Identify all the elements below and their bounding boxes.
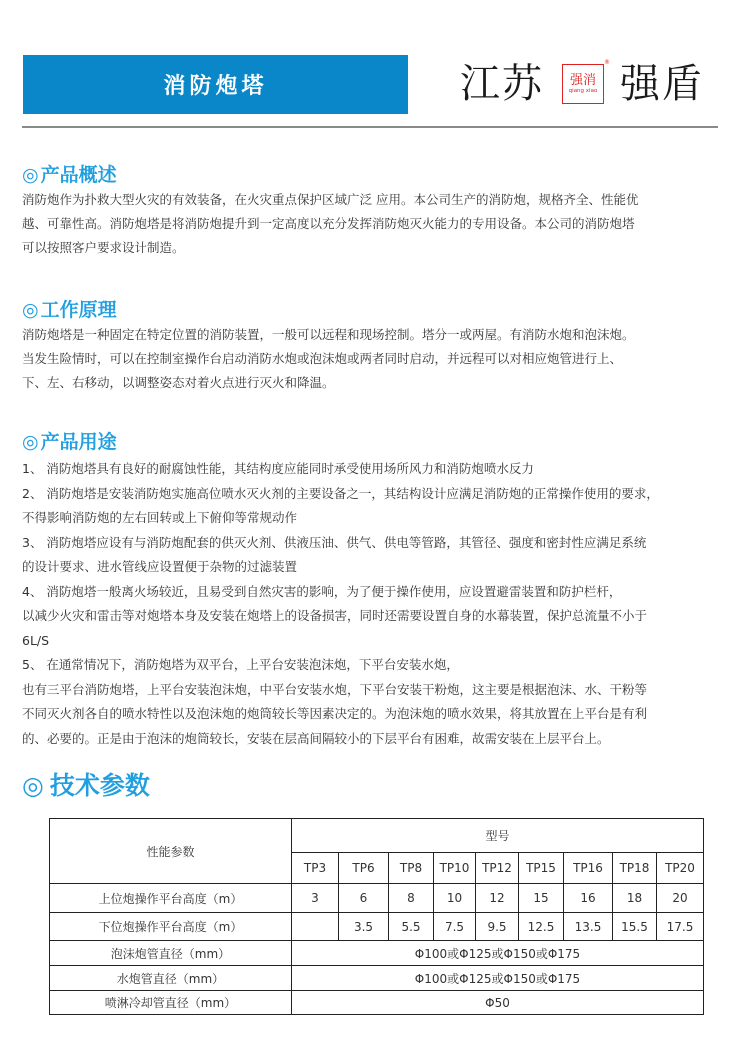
list-item: 3、 消防炮塔应设有与消防炮配套的供灭火剂、供液压油、供气、供电等管路，其管径、… [22,531,730,556]
logo-chinese: 强消 [570,74,596,88]
value-cell: Φ100或Φ125或Φ150或Φ175 [292,966,704,991]
model-cell: TP6 [339,853,389,884]
table-row: 水炮管直径（mm） Φ100或Φ125或Φ150或Φ175 [50,966,704,991]
value-cell: 12.5 [519,913,564,941]
value-cell: Φ50 [292,991,704,1015]
value-cell: 5.5 [389,913,434,941]
value-cell: 12 [476,884,519,913]
registered-mark-icon: ® [604,59,610,66]
table-row: 泡沫炮管直径（mm） Φ100或Φ125或Φ150或Φ175 [50,941,704,966]
row-label: 下位炮操作平台高度（m） [50,913,292,941]
bullseye-icon: ◎ [22,771,44,800]
list-item: 也有三平台消防炮塔，上平台安装泡沫炮，中平台安装水炮，下平台安装干粉炮，这主要是… [22,678,730,703]
row-label: 上位炮操作平台高度（m） [50,884,292,913]
value-cell: 15.5 [613,913,657,941]
model-cell: TP18 [613,853,657,884]
value-cell [292,913,339,941]
list-item: 不同灭火剂各自的喷水特性以及泡沫炮的炮筒较长等因素决定的。为泡沫炮的喷水效果，将… [22,702,730,727]
value-cell: 15 [519,884,564,913]
brand-name: 强盾 [620,64,704,104]
row-label: 水炮管直径（mm） [50,966,292,991]
text-line: 消防炮塔是一种固定在特定位置的消防装置，一般可以远程和现场控制。塔分一或两屋。有… [22,323,730,347]
section-title-text: 产品概述 [41,164,117,186]
list-item: 的设计要求、进水管线应设置便于杂物的过滤装置 [22,555,730,580]
table-row: 下位炮操作平台高度（m） 3.5 5.5 7.5 9.5 12.5 13.5 1… [50,913,704,941]
value-cell: 20 [657,884,704,913]
list-item: 5、 在通常情况下，消防炮塔为双平台，上平台安装泡沫炮，下平台安装水炮， [22,653,730,678]
model-cell: TP8 [389,853,434,884]
model-cell: TP20 [657,853,704,884]
model-cell: TP3 [292,853,339,884]
param-header: 性能参数 [50,819,292,884]
brand-region: 江苏 [460,64,544,104]
list-item: 1、 消防炮塔具有良好的耐腐蚀性能，其结构度应能同时承受使用场所风力和消防炮喷水… [22,457,730,482]
value-cell: 16 [564,884,613,913]
list-item: 不得影响消防炮的左右回转或上下俯仰等常规动作 [22,506,730,531]
row-label: 喷淋冷却管直径（mm） [50,991,292,1015]
value-cell: 18 [613,884,657,913]
model-cell: TP16 [564,853,613,884]
value-cell: 9.5 [476,913,519,941]
value-cell: 3.5 [339,913,389,941]
section-title-overview: ◎产品概述 [22,160,117,187]
list-item: 6L/S [22,629,730,654]
value-cell: 3 [292,884,339,913]
model-cell: TP15 [519,853,564,884]
text-line: 可以按照客户要求设计制造。 [22,236,730,260]
value-cell: 10 [434,884,476,913]
table-row: 上位炮操作平台高度（m） 3 6 8 10 12 15 16 18 20 [50,884,704,913]
overview-paragraph: 消防炮作为扑救大型火灾的有效装备，在火灾重点保护区域广泛 应用。本公司生产的消防… [22,188,730,260]
principle-paragraph: 消防炮塔是一种固定在特定位置的消防装置，一般可以远程和现场控制。塔分一或两屋。有… [22,323,730,395]
usage-list: 1、 消防炮塔具有良好的耐腐蚀性能，其结构度应能同时承受使用场所风力和消防炮喷水… [22,457,730,751]
bullseye-icon: ◎ [22,299,39,321]
value-cell: 7.5 [434,913,476,941]
value-cell: Φ100或Φ125或Φ150或Φ175 [292,941,704,966]
value-cell: 8 [389,884,434,913]
section-title-specs: ◎技术参数 [22,766,150,802]
section-title-usage: ◎产品用途 [22,427,117,454]
text-line: 消防炮作为扑救大型火灾的有效装备，在火灾重点保护区域广泛 应用。本公司生产的消防… [22,188,730,212]
model-header: 型号 [292,819,704,853]
row-label: 泡沫炮管直径（mm） [50,941,292,966]
list-item: 的、必要的。正是由于泡沫的炮筒较长，安装在层高间隔较小的下层平台有困难，故需安装… [22,727,730,752]
model-cell: TP10 [434,853,476,884]
text-line: 越、可靠性高。消防炮塔是将消防炮提升到一定高度以充分发挥消防炮灭火能力的专用设备… [22,212,730,236]
text-line: 当发生险情时，可以在控制室操作台启动消防水炮或泡沫炮或两者同时启动，并远程可以对… [22,347,730,371]
list-item: 4、 消防炮塔一般离火场较近，且易受到自然灾害的影响，为了便于操作使用，应设置避… [22,580,730,605]
title-banner: 消防炮塔 [23,55,408,114]
value-cell: 6 [339,884,389,913]
list-item: 2、 消防炮塔是安装消防炮实施高位喷水灭火剂的主要设备之一，其结构设计应满足消防… [22,482,730,507]
banner-title: 消防炮塔 [163,69,267,100]
text-line: 下、左、右移动，以调整姿态对着火点进行灭火和降温。 [22,371,730,395]
model-cell: TP12 [476,853,519,884]
section-title-text: 技术参数 [50,771,150,800]
list-item: 以减少火灾和雷击等对炮塔本身及安装在炮塔上的设备损害，同时还需要设置自身的水幕装… [22,604,730,629]
logo-pinyin: qiang xiao [569,88,598,95]
section-title-principle: ◎工作原理 [22,295,117,322]
value-cell: 13.5 [564,913,613,941]
section-title-text: 产品用途 [41,431,117,453]
section-title-text: 工作原理 [41,299,117,321]
bullseye-icon: ◎ [22,164,39,186]
value-cell: 17.5 [657,913,704,941]
brand-logo-area: 江苏 强消 qiang xiao ® 强盾 [460,58,704,110]
spec-table: 性能参数 型号 TP3 TP6 TP8 TP10 TP12 TP15 TP16 … [49,818,704,1015]
header-divider [22,126,718,128]
table-row: 喷淋冷却管直径（mm） Φ50 [50,991,704,1015]
logo-mark-icon: 强消 qiang xiao ® [562,64,604,104]
bullseye-icon: ◎ [22,431,39,453]
